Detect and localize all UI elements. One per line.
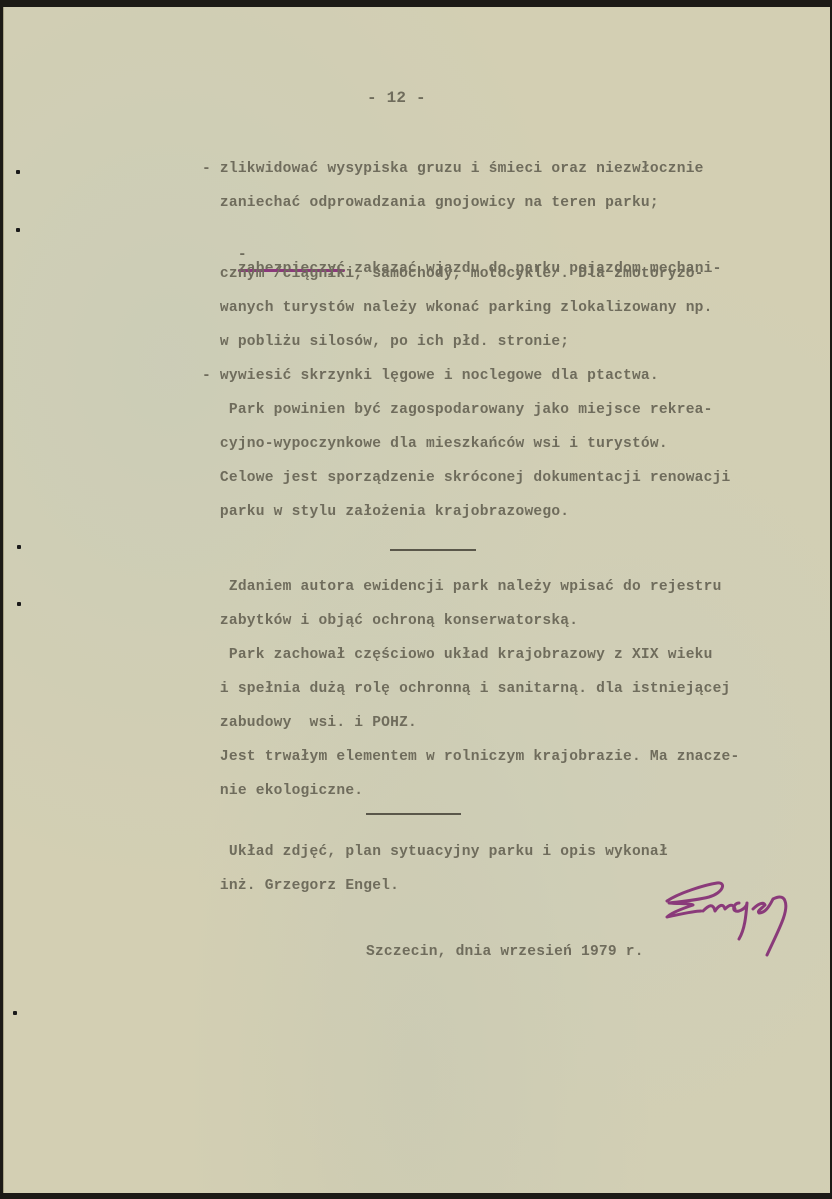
punch-hole-marker: [17, 602, 21, 606]
place-date: Szczecin, dnia wrzesień 1979 r.: [366, 945, 644, 960]
list-item-line: cznym /ciągniki, samochody, motocykle/. …: [202, 267, 704, 282]
paragraph-line: cyjno-wypoczynkowe dla mieszkańców wsi i…: [202, 437, 668, 452]
credits-line: inż. Grzegorz Engel.: [202, 879, 399, 894]
list-item-line: - zabezpieczyć zakazać wjazdu do parku p…: [202, 233, 722, 291]
paragraph-line: i spełnia dużą rolę ochronną i sanitarną…: [202, 682, 731, 697]
punch-hole-marker: [16, 228, 20, 232]
list-item-line: w pobliżu silosów, po ich płd. stronie;: [202, 335, 569, 350]
punch-hole-marker: [13, 1011, 17, 1015]
section-divider: [390, 549, 476, 551]
credits-line: Układ zdjęć, plan sytuacyjny parku i opi…: [202, 845, 668, 860]
paragraph-line: Park zachował częściowo układ krajobrazo…: [202, 648, 713, 663]
document-page: - 12 - - zlikwidować wysypiska gruzu i ś…: [3, 7, 830, 1193]
list-item-line: zaniechać odprowadzania gnojowicy na ter…: [202, 196, 659, 211]
list-item-line: wanych turystów należy wkonać parking zl…: [202, 301, 713, 316]
list-item-line: - wywiesić skrzynki lęgowe i noclegowe d…: [202, 369, 659, 384]
paragraph-line: zabytków i objąć ochroną konserwatorską.: [202, 614, 578, 629]
list-item-line: - zlikwidować wysypiska gruzu i śmieci o…: [202, 162, 704, 177]
paragraph-line: Celowe jest sporządzenie skróconej dokum…: [202, 471, 731, 486]
handwritten-signature: [649, 859, 824, 964]
paragraph-line: zabudowy wsi. i POHZ.: [202, 716, 417, 731]
paragraph-line: Zdaniem autora ewidencji park należy wpi…: [202, 580, 722, 595]
punch-hole-marker: [16, 170, 20, 174]
paragraph-line: nie ekologiczne.: [202, 784, 363, 799]
paragraph-line: parku w stylu założenia krajobrazowego.: [202, 505, 569, 520]
paragraph-line: Jest trwałym elementem w rolniczym krajo…: [202, 750, 739, 765]
paragraph-line: Park powinien być zagospodarowany jako m…: [202, 403, 713, 418]
list-bullet: -: [238, 247, 247, 263]
page-number: - 12 -: [367, 90, 426, 106]
punch-hole-marker: [17, 545, 21, 549]
section-divider: [366, 813, 461, 815]
